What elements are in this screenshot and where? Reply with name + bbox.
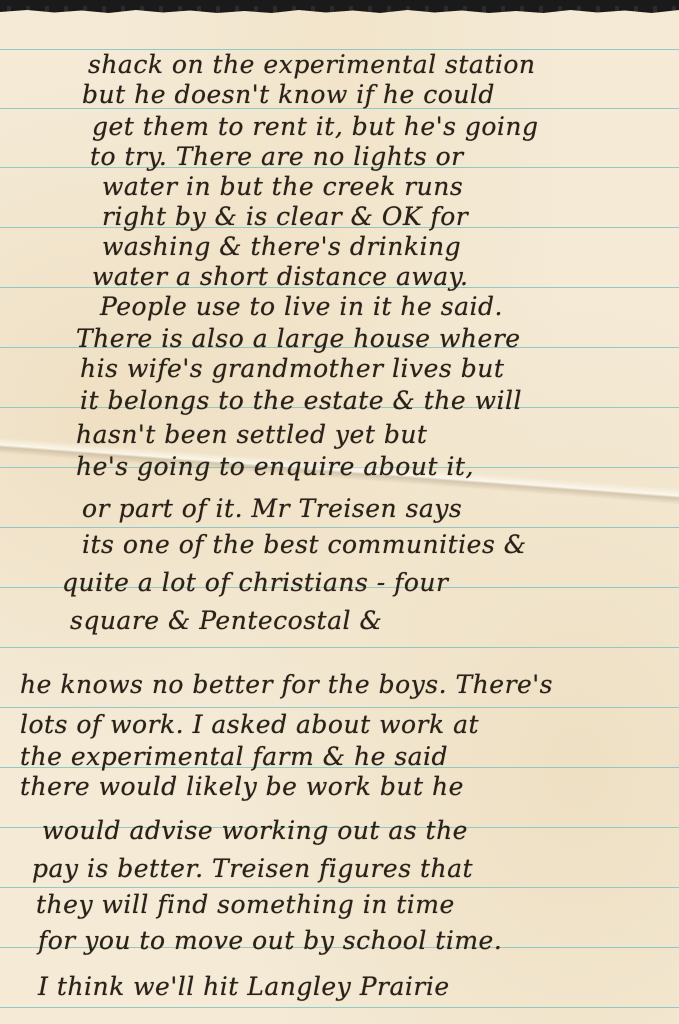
handwritten-line: lots of work. I asked about work at xyxy=(20,710,479,739)
handwritten-line: or part of it. Mr Treisen says xyxy=(82,494,462,523)
handwritten-line: it belongs to the estate & the will xyxy=(80,386,522,415)
handwritten-line: shack on the experimental station xyxy=(88,50,536,79)
handwritten-line: he knows no better for the boys. There's xyxy=(20,670,553,699)
handwritten-line: People use to live in it he said. xyxy=(100,292,503,321)
handwritten-line: would advise working out as the xyxy=(42,816,468,845)
handwritten-line: get them to rent it, but he's going xyxy=(92,112,539,141)
handwritten-line: to try. There are no lights or xyxy=(90,142,464,171)
ruled-line xyxy=(0,647,679,648)
handwritten-line: square & Pentecostal & xyxy=(70,606,382,635)
torn-top-edge xyxy=(0,6,679,16)
handwritten-line: for you to move out by school time. xyxy=(38,926,502,955)
handwritten-line: washing & there's drinking xyxy=(102,232,461,261)
handwritten-line: they will find something in time xyxy=(36,890,455,919)
handwritten-line: but he doesn't know if he could xyxy=(82,80,495,109)
handwritten-line: water a short distance away. xyxy=(92,262,468,291)
ruled-line xyxy=(0,707,679,708)
handwritten-line: water in but the creek runs xyxy=(102,172,463,201)
handwritten-line: hasn't been settled yet but xyxy=(76,420,427,449)
handwritten-line: the experimental farm & he said xyxy=(20,742,448,771)
ruled-line xyxy=(0,527,679,528)
ruled-line xyxy=(0,887,679,888)
handwritten-line: There is also a large house where xyxy=(76,324,521,353)
handwritten-line: there would likely be work but he xyxy=(20,772,464,801)
handwritten-line: I think we'll hit Langley Prairie xyxy=(38,972,450,1001)
handwritten-line: right by & is clear & OK for xyxy=(102,202,468,231)
ruled-line xyxy=(0,1007,679,1008)
letter-page: shack on the experimental station but he… xyxy=(0,6,679,1024)
handwritten-line: pay is better. Treisen figures that xyxy=(32,854,473,883)
handwritten-line: its one of the best communities & xyxy=(82,530,527,559)
handwritten-line: his wife's grandmother lives but xyxy=(80,354,504,383)
handwritten-line: he's going to enquire about it, xyxy=(76,452,474,481)
handwritten-line: quite a lot of christians - four xyxy=(62,568,448,597)
